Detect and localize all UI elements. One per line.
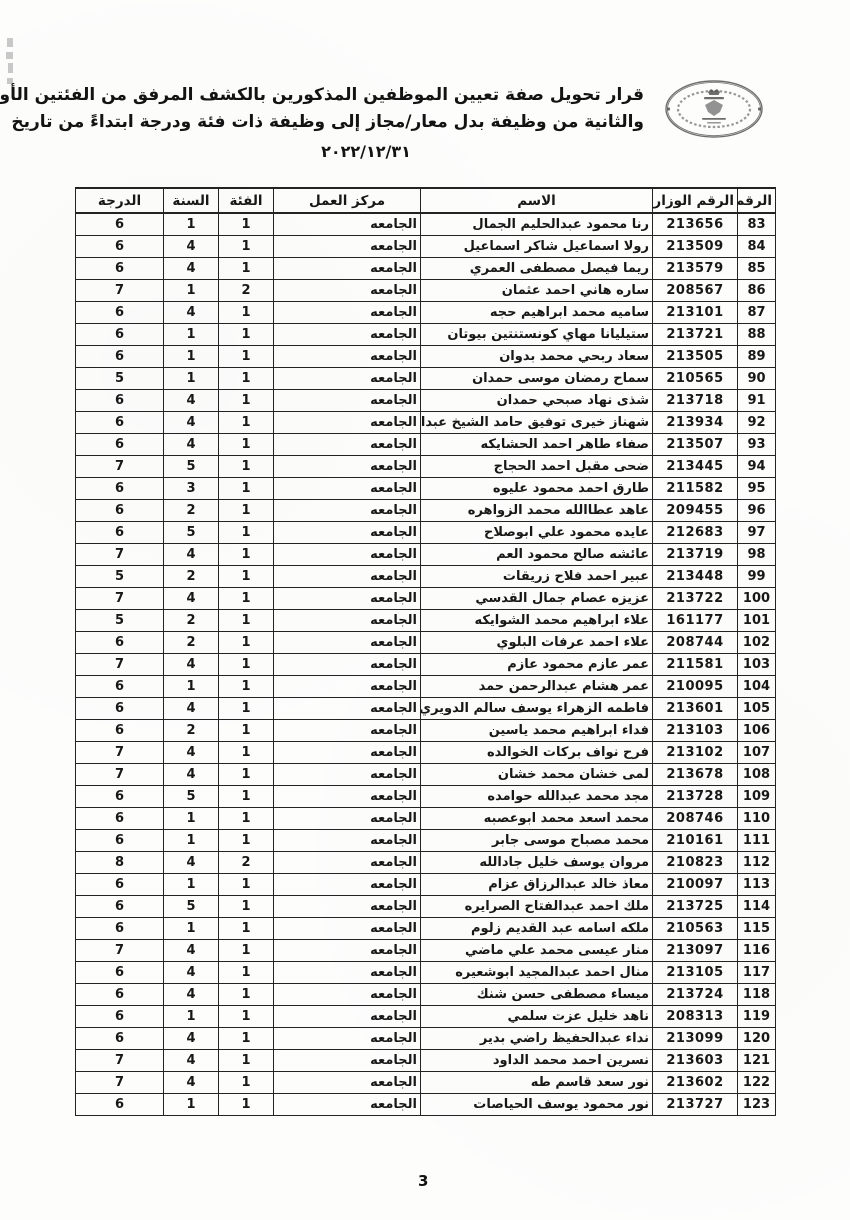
cell-seq-number: 85: [738, 258, 776, 280]
cell-grade: 7: [76, 280, 164, 302]
cell-ministry-number: 211581: [653, 654, 738, 676]
cell-seq-number: 89: [738, 346, 776, 368]
cell-ministry-number: 210161: [653, 830, 738, 852]
cell-ministry-number: 213721: [653, 324, 738, 346]
header-cell-grade: الدرجة: [76, 188, 164, 213]
cell-work-center: الجامعه: [274, 324, 421, 346]
cell-year: 4: [164, 698, 219, 720]
cell-grade: 6: [76, 1028, 164, 1050]
table-row: 104210095عمر هشام عبدالرحمن حمدالجامعه11…: [76, 676, 776, 698]
cell-name: عبير احمد فلاح زريقات: [421, 566, 653, 588]
cell-year: 4: [164, 434, 219, 456]
table-row: 102208744علاء احمد عرفات البلويالجامعه12…: [76, 632, 776, 654]
cell-year: 2: [164, 566, 219, 588]
cell-seq-number: 83: [738, 213, 776, 236]
table-row: 109213728مجد محمد عبدالله حوامدهالجامعه1…: [76, 786, 776, 808]
cell-category: 1: [219, 940, 274, 962]
cell-category: 1: [219, 588, 274, 610]
cell-category: 1: [219, 1006, 274, 1028]
cell-work-center: الجامعه: [274, 808, 421, 830]
cell-ministry-number: 213678: [653, 764, 738, 786]
cell-year: 5: [164, 896, 219, 918]
cell-seq-number: 86: [738, 280, 776, 302]
cell-seq-number: 94: [738, 456, 776, 478]
cell-category: 2: [219, 852, 274, 874]
cell-year: 4: [164, 302, 219, 324]
cell-seq-number: 95: [738, 478, 776, 500]
cell-name: ناهد خليل عزت سلمي: [421, 1006, 653, 1028]
cell-year: 1: [164, 368, 219, 390]
cell-seq-number: 121: [738, 1050, 776, 1072]
cell-year: 4: [164, 1072, 219, 1094]
cell-grade: 6: [76, 874, 164, 896]
cell-ministry-number: 213601: [653, 698, 738, 720]
cell-category: 1: [219, 522, 274, 544]
cell-work-center: الجامعه: [274, 412, 421, 434]
cell-seq-number: 111: [738, 830, 776, 852]
cell-work-center: الجامعه: [274, 236, 421, 258]
cell-ministry-number: 210097: [653, 874, 738, 896]
cell-seq-number: 108: [738, 764, 776, 786]
cell-work-center: الجامعه: [274, 1006, 421, 1028]
cell-seq-number: 120: [738, 1028, 776, 1050]
table-row: 117213105منال احمد عبدالمجيد ابوشعيرهالج…: [76, 962, 776, 984]
table-row: 84213509رولا اسماعيل شاكر اسماعيلالجامعه…: [76, 236, 776, 258]
table-row: 122213602نور سعد قاسم طهالجامعه147: [76, 1072, 776, 1094]
cell-category: 1: [219, 1028, 274, 1050]
cell-work-center: الجامعه: [274, 1028, 421, 1050]
cell-work-center: الجامعه: [274, 940, 421, 962]
cell-category: 1: [219, 456, 274, 478]
cell-name: فاطمه الزهراء يوسف سالم الدويري: [421, 698, 653, 720]
cell-category: 1: [219, 896, 274, 918]
title-date: ٢٠٢٢/١٢/٣١: [88, 138, 644, 165]
cell-work-center: الجامعه: [274, 434, 421, 456]
cell-ministry-number: 213579: [653, 258, 738, 280]
cell-seq-number: 117: [738, 962, 776, 984]
cell-grade: 7: [76, 654, 164, 676]
cell-work-center: الجامعه: [274, 874, 421, 896]
cell-seq-number: 104: [738, 676, 776, 698]
cell-seq-number: 98: [738, 544, 776, 566]
cell-work-center: الجامعه: [274, 346, 421, 368]
cell-seq-number: 109: [738, 786, 776, 808]
cell-grade: 6: [76, 1006, 164, 1028]
cell-seq-number: 123: [738, 1094, 776, 1116]
cell-work-center: الجامعه: [274, 566, 421, 588]
cell-category: 1: [219, 632, 274, 654]
table-row: 116213097منار عيسى محمد علي ماضيالجامعه1…: [76, 940, 776, 962]
cell-work-center: الجامعه: [274, 478, 421, 500]
cell-work-center: الجامعه: [274, 1072, 421, 1094]
table-row: 119208313ناهد خليل عزت سلميالجامعه116: [76, 1006, 776, 1028]
cell-name: نور سعد قاسم طه: [421, 1072, 653, 1094]
cell-name: معاذ خالد عبدالرزاق عزام: [421, 874, 653, 896]
table-row: 111210161محمد مصباح موسى جابرالجامعه116: [76, 830, 776, 852]
cell-ministry-number: 213448: [653, 566, 738, 588]
cell-seq-number: 112: [738, 852, 776, 874]
cell-ministry-number: 213722: [653, 588, 738, 610]
cell-year: 4: [164, 544, 219, 566]
table-row: 97212683عايده محمود علي ابوصلاحالجامعه15…: [76, 522, 776, 544]
cell-category: 1: [219, 1072, 274, 1094]
cell-year: 1: [164, 1094, 219, 1116]
cell-year: 1: [164, 808, 219, 830]
cell-name: عاهد عطاالله محمد الزواهره: [421, 500, 653, 522]
cell-year: 4: [164, 1050, 219, 1072]
table-row: 112210823مروان يوسف خليل جاداللهالجامعه2…: [76, 852, 776, 874]
cell-ministry-number: 213718: [653, 390, 738, 412]
cell-ministry-number: 208313: [653, 1006, 738, 1028]
cell-year: 2: [164, 632, 219, 654]
cell-work-center: الجامعه: [274, 830, 421, 852]
cell-grade: 6: [76, 984, 164, 1006]
table-row: 100213722عزيزه عصام جمال القدسيالجامعه14…: [76, 588, 776, 610]
cell-grade: 6: [76, 698, 164, 720]
cell-name: علاء احمد عرفات البلوي: [421, 632, 653, 654]
cell-name: ساره هاني احمد عثمان: [421, 280, 653, 302]
header-cell-ministry-number: الرقم الوزاري: [653, 188, 738, 213]
cell-year: 1: [164, 346, 219, 368]
cell-seq-number: 90: [738, 368, 776, 390]
cell-ministry-number: 213507: [653, 434, 738, 456]
cell-category: 1: [219, 610, 274, 632]
cell-name: نداء عبدالحفيظ راضي بدير: [421, 1028, 653, 1050]
cell-grade: 6: [76, 522, 164, 544]
cell-grade: 6: [76, 830, 164, 852]
table-row: 83213656رنا محمود عبدالحليم الجمالالجامع…: [76, 213, 776, 236]
cell-category: 1: [219, 412, 274, 434]
cell-ministry-number: 213719: [653, 544, 738, 566]
scanned-document-page: قرار تحويل صفة تعيين الموظفين المذكورين …: [0, 0, 850, 1220]
cell-year: 2: [164, 500, 219, 522]
cell-category: 1: [219, 434, 274, 456]
cell-seq-number: 99: [738, 566, 776, 588]
cell-grade: 6: [76, 808, 164, 830]
cell-ministry-number: 208567: [653, 280, 738, 302]
cell-category: 1: [219, 478, 274, 500]
cell-year: 4: [164, 742, 219, 764]
cell-name: عمر هشام عبدالرحمن حمد: [421, 676, 653, 698]
cell-work-center: الجامعه: [274, 786, 421, 808]
cell-year: 5: [164, 786, 219, 808]
cell-name: صفاء طاهر احمد الحشايكه: [421, 434, 653, 456]
cell-name: عايده محمود علي ابوصلاح: [421, 522, 653, 544]
cell-seq-number: 103: [738, 654, 776, 676]
ministry-seal-icon: [660, 76, 768, 142]
cell-category: 1: [219, 830, 274, 852]
cell-name: رولا اسماعيل شاكر اسماعيل: [421, 236, 653, 258]
cell-ministry-number: 213656: [653, 213, 738, 236]
cell-name: منار عيسى محمد علي ماضي: [421, 940, 653, 962]
cell-category: 1: [219, 962, 274, 984]
cell-name: منال احمد عبدالمجيد ابوشعيره: [421, 962, 653, 984]
cell-seq-number: 91: [738, 390, 776, 412]
title-line-1: قرار تحويل صفة تعيين الموظفين المذكورين …: [88, 82, 644, 109]
cell-ministry-number: 213603: [653, 1050, 738, 1072]
cell-ministry-number: 213724: [653, 984, 738, 1006]
scan-artifact: [8, 63, 13, 73]
cell-ministry-number: 213728: [653, 786, 738, 808]
cell-year: 1: [164, 324, 219, 346]
cell-year: 4: [164, 764, 219, 786]
cell-grade: 6: [76, 676, 164, 698]
cell-grade: 7: [76, 456, 164, 478]
cell-grade: 7: [76, 1072, 164, 1094]
cell-work-center: الجامعه: [274, 852, 421, 874]
table-row: 110208746محمد اسعد محمد ابوعصبهالجامعه11…: [76, 808, 776, 830]
cell-year: 2: [164, 610, 219, 632]
cell-ministry-number: 213103: [653, 720, 738, 742]
cell-category: 1: [219, 566, 274, 588]
cell-ministry-number: 213099: [653, 1028, 738, 1050]
cell-year: 5: [164, 456, 219, 478]
table-header-row: الرقمالرقم الوزاريالاسممركز العملالفئةال…: [76, 188, 776, 213]
header-cell-category: الفئة: [219, 188, 274, 213]
cell-grade: 5: [76, 610, 164, 632]
cell-year: 1: [164, 874, 219, 896]
cell-work-center: الجامعه: [274, 632, 421, 654]
cell-category: 1: [219, 874, 274, 896]
cell-ministry-number: 211582: [653, 478, 738, 500]
cell-name: علاء ابراهيم محمد الشوايكه: [421, 610, 653, 632]
cell-seq-number: 107: [738, 742, 776, 764]
cell-name: ضحى مقبل احمد الحجاج: [421, 456, 653, 478]
table-row: 95211582طارق احمد محمود عليوهالجامعه136: [76, 478, 776, 500]
cell-work-center: الجامعه: [274, 500, 421, 522]
cell-grade: 6: [76, 412, 164, 434]
table-row: 120213099نداء عبدالحفيظ راضي بديرالجامعه…: [76, 1028, 776, 1050]
table-row: 99213448عبير احمد فلاح زريقاتالجامعه125: [76, 566, 776, 588]
cell-grade: 8: [76, 852, 164, 874]
cell-name: محمد مصباح موسى جابر: [421, 830, 653, 852]
cell-seq-number: 110: [738, 808, 776, 830]
document-title: قرار تحويل صفة تعيين الموظفين المذكورين …: [88, 82, 644, 165]
cell-year: 1: [164, 676, 219, 698]
cell-name: مروان يوسف خليل جادالله: [421, 852, 653, 874]
cell-work-center: الجامعه: [274, 742, 421, 764]
records-table-body: 83213656رنا محمود عبدالحليم الجمالالجامع…: [76, 213, 776, 1116]
cell-category: 1: [219, 390, 274, 412]
table-row: 113210097معاذ خالد عبدالرزاق عزامالجامعه…: [76, 874, 776, 896]
cell-category: 1: [219, 808, 274, 830]
cell-category: 1: [219, 698, 274, 720]
cell-ministry-number: 213509: [653, 236, 738, 258]
table-row: 103211581عمر عازم محمود عازمالجامعه147: [76, 654, 776, 676]
cell-year: 4: [164, 588, 219, 610]
cell-ministry-number: 213101: [653, 302, 738, 324]
table-row: 98213719عائشه صالح محمود العمالجامعه147: [76, 544, 776, 566]
cell-work-center: الجامعه: [274, 522, 421, 544]
cell-grade: 6: [76, 302, 164, 324]
cell-work-center: الجامعه: [274, 1050, 421, 1072]
table-row: 108213678لمى خشان محمد خشانالجامعه147: [76, 764, 776, 786]
cell-year: 5: [164, 522, 219, 544]
cell-grade: 6: [76, 896, 164, 918]
cell-grade: 7: [76, 940, 164, 962]
cell-name: لمى خشان محمد خشان: [421, 764, 653, 786]
cell-ministry-number: 208746: [653, 808, 738, 830]
cell-work-center: الجامعه: [274, 676, 421, 698]
cell-name: رنا محمود عبدالحليم الجمال: [421, 213, 653, 236]
cell-work-center: الجامعه: [274, 720, 421, 742]
cell-ministry-number: 213505: [653, 346, 738, 368]
cell-category: 2: [219, 280, 274, 302]
cell-ministry-number: 213725: [653, 896, 738, 918]
cell-year: 4: [164, 412, 219, 434]
cell-name: شذى نهاد صبحي حمدان: [421, 390, 653, 412]
header-cell-year: السنة: [164, 188, 219, 213]
cell-grade: 6: [76, 236, 164, 258]
cell-work-center: الجامعه: [274, 588, 421, 610]
cell-work-center: الجامعه: [274, 213, 421, 236]
cell-name: مجد محمد عبدالله حوامده: [421, 786, 653, 808]
table-row: 118213724ميساء مصطفى حسن شنكالجامعه146: [76, 984, 776, 1006]
cell-category: 1: [219, 742, 274, 764]
scan-artifact: [6, 52, 13, 59]
cell-category: 1: [219, 764, 274, 786]
cell-name: فرح نواف بركات الخوالده: [421, 742, 653, 764]
cell-grade: 6: [76, 390, 164, 412]
cell-category: 1: [219, 654, 274, 676]
cell-ministry-number: 213602: [653, 1072, 738, 1094]
table-row: 114213725ملك احمد عبدالفتاح الصرايرهالجا…: [76, 896, 776, 918]
cell-category: 1: [219, 918, 274, 940]
cell-grade: 6: [76, 434, 164, 456]
cell-grade: 5: [76, 368, 164, 390]
cell-year: 4: [164, 962, 219, 984]
cell-name: ملك احمد عبدالفتاح الصرايره: [421, 896, 653, 918]
cell-category: 1: [219, 984, 274, 1006]
cell-name: ستيليانا مهاي كونستنتين بيوتان: [421, 324, 653, 346]
table-row: 91213718شذى نهاد صبحي حمدانالجامعه146: [76, 390, 776, 412]
cell-seq-number: 101: [738, 610, 776, 632]
cell-work-center: الجامعه: [274, 764, 421, 786]
cell-name: ملكه اسامه عبد القديم زلوم: [421, 918, 653, 940]
table-row: 101161177علاء ابراهيم محمد الشوايكهالجام…: [76, 610, 776, 632]
cell-seq-number: 114: [738, 896, 776, 918]
cell-category: 1: [219, 544, 274, 566]
cell-ministry-number: 210095: [653, 676, 738, 698]
cell-grade: 6: [76, 478, 164, 500]
cell-grade: 5: [76, 566, 164, 588]
employee-records-table: الرقمالرقم الوزاريالاسممركز العملالفئةال…: [75, 187, 776, 1116]
scan-artifact: [7, 38, 13, 47]
header-cell-seq-number: الرقم: [738, 188, 776, 213]
table-row: 88213721ستيليانا مهاي كونستنتين بيوتانال…: [76, 324, 776, 346]
cell-grade: 6: [76, 346, 164, 368]
cell-grade: 6: [76, 500, 164, 522]
cell-grade: 7: [76, 588, 164, 610]
cell-grade: 7: [76, 742, 164, 764]
cell-seq-number: 87: [738, 302, 776, 324]
table-row: 87213101ساميه محمد ابراهيم حجهالجامعه146: [76, 302, 776, 324]
table-row: 92213934شهناز خيرى توفيق حامد الشيخ عبدا…: [76, 412, 776, 434]
cell-work-center: الجامعه: [274, 258, 421, 280]
table-row: 115210563ملكه اسامه عبد القديم زلومالجام…: [76, 918, 776, 940]
cell-seq-number: 115: [738, 918, 776, 940]
cell-name: ريما فيصل مصطفى العمري: [421, 258, 653, 280]
cell-grade: 6: [76, 324, 164, 346]
table-row: 93213507صفاء طاهر احمد الحشايكهالجامعه14…: [76, 434, 776, 456]
header-cell-work-center: مركز العمل: [274, 188, 421, 213]
cell-year: 4: [164, 390, 219, 412]
cell-name: ميساء مصطفى حسن شنك: [421, 984, 653, 1006]
cell-seq-number: 118: [738, 984, 776, 1006]
cell-seq-number: 116: [738, 940, 776, 962]
cell-year: 1: [164, 830, 219, 852]
cell-name: محمد اسعد محمد ابوعصبه: [421, 808, 653, 830]
cell-seq-number: 113: [738, 874, 776, 896]
cell-seq-number: 88: [738, 324, 776, 346]
cell-year: 1: [164, 280, 219, 302]
cell-ministry-number: 213727: [653, 1094, 738, 1116]
cell-seq-number: 92: [738, 412, 776, 434]
cell-ministry-number: 212683: [653, 522, 738, 544]
cell-work-center: الجامعه: [274, 544, 421, 566]
cell-grade: 6: [76, 258, 164, 280]
cell-year: 4: [164, 1028, 219, 1050]
cell-name: ساميه محمد ابراهيم حجه: [421, 302, 653, 324]
cell-ministry-number: 210563: [653, 918, 738, 940]
cell-name: عمر عازم محمود عازم: [421, 654, 653, 676]
cell-work-center: الجامعه: [274, 368, 421, 390]
cell-ministry-number: 209455: [653, 500, 738, 522]
table-row: 86208567ساره هاني احمد عثمانالجامعه217: [76, 280, 776, 302]
table-row: 105213601فاطمه الزهراء يوسف سالم الدويري…: [76, 698, 776, 720]
cell-category: 1: [219, 786, 274, 808]
cell-grade: 6: [76, 962, 164, 984]
cell-year: 2: [164, 720, 219, 742]
table-row: 121213603نسرين احمد محمد الداودالجامعه14…: [76, 1050, 776, 1072]
cell-grade: 6: [76, 213, 164, 236]
cell-grade: 7: [76, 764, 164, 786]
cell-category: 1: [219, 1094, 274, 1116]
cell-work-center: الجامعه: [274, 918, 421, 940]
table-row: 89213505سعاد ربحي محمد بدوانالجامعه116: [76, 346, 776, 368]
cell-name: سماح رمضان موسى حمدان: [421, 368, 653, 390]
table-row: 94213445ضحى مقبل احمد الحجاجالجامعه157: [76, 456, 776, 478]
table-row: 96209455عاهد عطاالله محمد الزواهرهالجامع…: [76, 500, 776, 522]
cell-grade: 7: [76, 1050, 164, 1072]
cell-name: طارق احمد محمود عليوه: [421, 478, 653, 500]
cell-work-center: الجامعه: [274, 456, 421, 478]
cell-year: 1: [164, 213, 219, 236]
cell-name: عائشه صالح محمود العم: [421, 544, 653, 566]
cell-work-center: الجامعه: [274, 302, 421, 324]
cell-year: 4: [164, 852, 219, 874]
cell-ministry-number: 210823: [653, 852, 738, 874]
cell-name: شهناز خيرى توفيق حامد الشيخ عبدالله: [421, 412, 653, 434]
cell-category: 1: [219, 368, 274, 390]
cell-category: 1: [219, 346, 274, 368]
cell-seq-number: 96: [738, 500, 776, 522]
cell-ministry-number: 213105: [653, 962, 738, 984]
cell-seq-number: 105: [738, 698, 776, 720]
cell-category: 1: [219, 720, 274, 742]
cell-year: 4: [164, 236, 219, 258]
cell-year: 4: [164, 984, 219, 1006]
cell-grade: 7: [76, 544, 164, 566]
cell-ministry-number: 213445: [653, 456, 738, 478]
cell-category: 1: [219, 236, 274, 258]
cell-year: 3: [164, 478, 219, 500]
cell-seq-number: 97: [738, 522, 776, 544]
cell-ministry-number: 210565: [653, 368, 738, 390]
cell-name: سعاد ربحي محمد بدوان: [421, 346, 653, 368]
cell-year: 1: [164, 918, 219, 940]
cell-name: عزيزه عصام جمال القدسي: [421, 588, 653, 610]
